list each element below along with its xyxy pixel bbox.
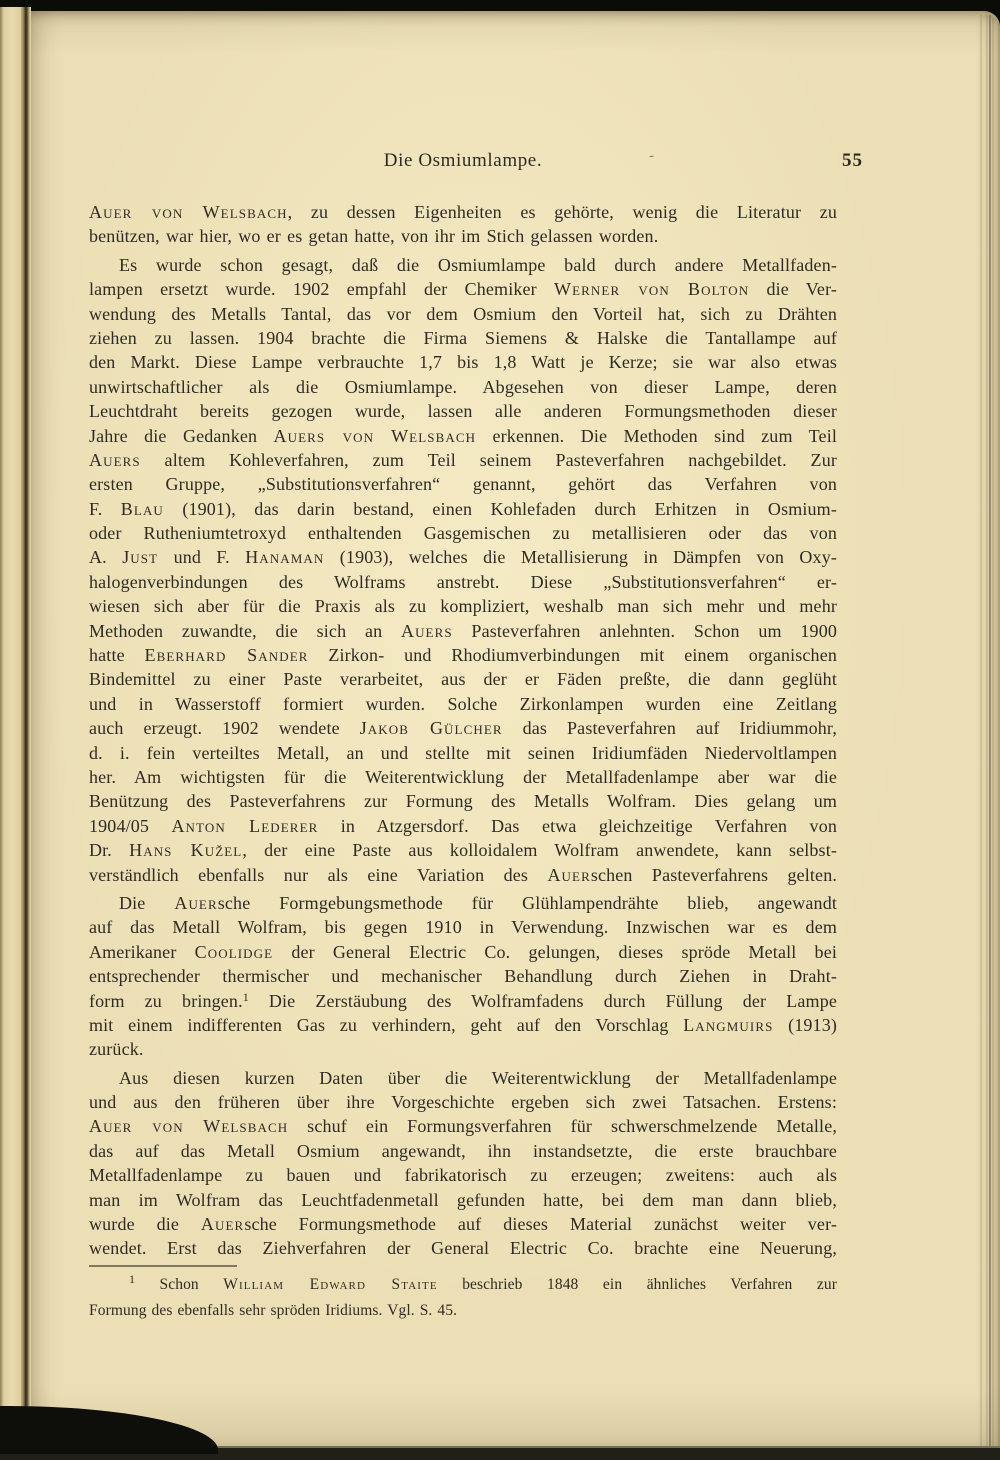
- text-run: Leuchtdraht bereits gezogen wurde, lasse…: [89, 401, 837, 421]
- person-name: Hans Kužel: [129, 840, 242, 860]
- text-line: F. Blau (1901), das darin bestand, einen…: [89, 497, 837, 521]
- text-run: schuf ein Formungsverfahren für schwersc…: [288, 1116, 837, 1136]
- person-name: Auers von Welsbach: [274, 426, 477, 446]
- text-run: A.: [89, 547, 122, 567]
- text-line: halogenverbindungen des Wolframs anstreb…: [89, 570, 837, 594]
- text-run: hatte: [89, 645, 145, 665]
- text-run: lampen ersetzt wurde. 1902 empfahl der C…: [89, 279, 554, 299]
- text-run: schen Pasteverfahrens gelten.: [591, 865, 837, 885]
- text-run: mit einem indifferenten Gas zu verhinder…: [89, 1015, 683, 1035]
- person-name: Auer von Welsbach: [89, 1116, 288, 1136]
- text-run: wendung des Metalls Tantal, das vor dem …: [89, 304, 837, 324]
- person-name: Jakob Gülcher: [360, 718, 503, 738]
- text-run: F.: [89, 499, 121, 519]
- text-line: lampen ersetzt wurde. 1902 empfahl der C…: [89, 277, 837, 301]
- text-line: das auf das Metall Osmium angewandt, ihn…: [89, 1139, 837, 1163]
- text-run: (1903), welches die Metallisierung in Dä…: [324, 547, 837, 567]
- text-run: und aus den früheren über ihre Vorgeschi…: [89, 1092, 837, 1112]
- text-line: man im Wolfram das Leuchtfadenmetall gef…: [89, 1188, 837, 1212]
- text-line: d. i. fein verteiltes Metall, an und ste…: [89, 741, 837, 765]
- text-run: beschrieb 1848 ein ähnliches Verfahren z…: [438, 1276, 837, 1293]
- page-title: Die Osmiumlampe.: [384, 150, 542, 171]
- person-name: Auer: [547, 865, 590, 885]
- text-run: Methoden zuwandte, die sich an: [89, 621, 401, 641]
- footnote: 1 Schon William Edward Staite beschrieb …: [89, 1272, 837, 1324]
- text-run: , der eine Paste aus kolloidalem Wolfram…: [242, 840, 837, 860]
- text-run: wiesen sich aber für die Praxis als zu k…: [89, 596, 837, 616]
- text-line: unwirtschaftlicher als die Osmiumlampe. …: [89, 375, 837, 399]
- text-run: her. Am wichtigsten für die Weiterentwic…: [89, 767, 837, 787]
- text-line: her. Am wichtigsten für die Weiterentwic…: [89, 765, 837, 789]
- text-line: Die Auersche Formgebungsmethode für Glüh…: [89, 891, 837, 915]
- person-name: Eberhard Sander: [145, 645, 309, 665]
- text-line: hatte Eberhard Sander Zirkon- und Rhodiu…: [89, 643, 837, 667]
- text-line: Bindemittel zu einer Paste verarbeitet, …: [89, 667, 837, 691]
- text-run: auf das Metall Wolfram, bis gegen 1910 i…: [89, 917, 837, 937]
- text-run: zurück.: [89, 1039, 144, 1059]
- text-run: die Ver-: [749, 279, 837, 299]
- text-line: den Markt. Diese Lampe verbrauchte 1,7 b…: [89, 350, 837, 374]
- person-name: Hanaman: [245, 547, 324, 567]
- text-line: Formung des ebenfalls sehr spröden Iridi…: [89, 1298, 837, 1324]
- text-line: Auer von Welsbach schuf ein Formungsverf…: [89, 1114, 837, 1138]
- text-run: altem Kohleverfahren, zum Teil seinem Pa…: [141, 450, 837, 470]
- text-run: (1913): [773, 1015, 837, 1035]
- text-run: Aus diesen kurzen Daten über die Weitere…: [119, 1068, 837, 1088]
- text-line: wiesen sich aber für die Praxis als zu k…: [89, 594, 837, 618]
- text-run: Schon: [135, 1276, 223, 1293]
- text-line: A. Just und F. Hanaman (1903), welches d…: [89, 545, 837, 569]
- text-run: Benützung des Pasteverfahrens zur Formun…: [89, 791, 837, 811]
- gutter-shadow: [21, 7, 31, 1446]
- text-run: wendet. Erst das Ziehverfahren der Gener…: [89, 1238, 837, 1258]
- text-line: Jahre die Gedanken Auers von Welsbach er…: [89, 424, 837, 448]
- text-line: ziehen zu lassen. 1904 brachte die Firma…: [89, 326, 837, 350]
- footnote-ref: 1: [243, 990, 249, 1004]
- text-run: in Atzgersdorf. Das etwa gleichzeitige V…: [318, 816, 837, 836]
- text-run: sche Formgebungsmethode für Glühlampendr…: [218, 893, 837, 913]
- body-text: Auer von Welsbach, zu dessen Eigenheiten…: [89, 200, 837, 1261]
- text-run: halogenverbindungen des Wolframs anstreb…: [89, 572, 837, 592]
- text-run: erkennen. Die Methoden sind zum Teil: [476, 426, 837, 446]
- text-run: das auf das Metall Osmium angewandt, ihn…: [89, 1141, 837, 1161]
- person-name: Auers: [401, 621, 453, 641]
- text-run: d. i. fein verteiltes Metall, an und ste…: [89, 743, 837, 763]
- text-run: unwirtschaftlicher als die Osmiumlampe. …: [89, 377, 837, 397]
- text-run: Metallfadenlampe zu bauen und fabrikator…: [89, 1165, 837, 1185]
- text-run: Es wurde schon gesagt, daß die Osmiumlam…: [119, 255, 837, 275]
- person-name: Just: [122, 547, 158, 567]
- text-run: Jahre die Gedanken: [89, 426, 274, 446]
- text-line: Es wurde schon gesagt, daß die Osmiumlam…: [89, 253, 837, 277]
- text-run: und in Wasserstoff formiert wurden. Solc…: [89, 694, 837, 714]
- text-line: Metallfadenlampe zu bauen und fabrikator…: [89, 1163, 837, 1187]
- footnote-rule: [89, 1265, 237, 1267]
- text-run: form zu bringen.: [89, 991, 243, 1011]
- text-line: mit einem indifferenten Gas zu verhinder…: [89, 1013, 837, 1037]
- running-header: Die Osmiumlampe. - 55: [89, 150, 837, 176]
- text-line: Dr. Hans Kužel, der eine Paste aus kollo…: [89, 838, 837, 862]
- text-run: man im Wolfram das Leuchtfadenmetall gef…: [89, 1190, 837, 1210]
- text-run: Die: [119, 893, 174, 913]
- book-scan: Die Osmiumlampe. - 55 Auer von Welsbach,…: [0, 0, 1000, 1460]
- person-name: Werner von Bolton: [554, 279, 749, 299]
- text-run: Die Zerstäubung des Wolframfadens durch …: [249, 991, 837, 1011]
- text-run: , zu dessen Eigenheiten es gehörte, weni…: [288, 202, 837, 222]
- text-line: benützen, war hier, wo er es getan hatte…: [89, 224, 837, 248]
- text-run: Dr.: [89, 840, 129, 860]
- text-run: entsprechender thermischer und mechanisc…: [89, 966, 837, 986]
- person-name: Langmuirs: [683, 1015, 773, 1035]
- person-name: Coolidge: [195, 942, 274, 962]
- text-run: wurde die: [89, 1214, 201, 1234]
- text-run: auch erzeugt. 1902 wendete: [89, 718, 360, 738]
- text-line: form zu bringen.1 Die Zerstäubung des Wo…: [89, 989, 837, 1013]
- text-run: ziehen zu lassen. 1904 brachte die Firma…: [89, 328, 837, 348]
- text-line: ersten Gruppe, „Substitutionsverfahren“ …: [89, 472, 837, 496]
- text-line: und aus den früheren über ihre Vorgeschi…: [89, 1090, 837, 1114]
- text-run: den Markt. Diese Lampe verbrauchte 1,7 b…: [89, 352, 837, 372]
- text-line: Methoden zuwandte, die sich an Auers Pas…: [89, 619, 837, 643]
- person-name: Anton Lederer: [171, 816, 318, 836]
- text-run: benützen, war hier, wo er es getan hatte…: [89, 226, 658, 246]
- page-stack-edge: [976, 15, 1000, 1446]
- text-run: Pasteverfahren anlehnten. Schon um 1900: [453, 621, 837, 641]
- page: Die Osmiumlampe. - 55 Auer von Welsbach,…: [31, 11, 1000, 1446]
- header-dash: -: [649, 148, 654, 165]
- text-run: oder Rutheniumtetroxyd enthaltenden Gasg…: [89, 523, 837, 543]
- text-line: 1904/05 Anton Lederer in Atzgersdorf. Da…: [89, 814, 837, 838]
- person-name: Auers: [89, 450, 141, 470]
- text-line: Auer von Welsbach, zu dessen Eigenheiten…: [89, 200, 837, 224]
- text-run: Zirkon- und Rhodiumverbindungen mit eine…: [309, 645, 837, 665]
- text-run: 1904/05: [89, 816, 171, 836]
- text-run: und F.: [158, 547, 245, 567]
- text-line: entsprechender thermischer und mechanisc…: [89, 964, 837, 988]
- text-line: wurde die Auersche Formungsmethode auf d…: [89, 1212, 837, 1236]
- text-line: verständlich ebenfalls nur als eine Vari…: [89, 863, 837, 887]
- person-name: Auer von Welsbach: [89, 202, 288, 222]
- text-line: zurück.: [89, 1037, 837, 1061]
- text-run: Amerikaner: [89, 942, 195, 962]
- paragraph: Auer von Welsbach, zu dessen Eigenheiten…: [89, 200, 837, 249]
- person-name: William Edward Staite: [223, 1276, 437, 1293]
- text-line: auch erzeugt. 1902 wendete Jakob Gülcher…: [89, 716, 837, 740]
- page-number: 55: [842, 150, 863, 172]
- person-name: Blau: [121, 499, 164, 519]
- footnote-ref: 1: [129, 1272, 135, 1286]
- text-line: Leuchtdraht bereits gezogen wurde, lasse…: [89, 399, 837, 423]
- text-line: wendung des Metalls Tantal, das vor dem …: [89, 302, 837, 326]
- text-run: das Pasteverfahren auf Iridiummohr,: [503, 718, 837, 738]
- text-line: Amerikaner Coolidge der General Electric…: [89, 940, 837, 964]
- text-run: der General Electric Co. gelungen, diese…: [273, 942, 837, 962]
- person-name: Auer: [201, 1214, 244, 1234]
- paragraph: Aus diesen kurzen Daten über die Weitere…: [89, 1066, 837, 1261]
- person-name: Auer: [174, 893, 217, 913]
- text-run: (1901), das darin bestand, einen Kohlefa…: [164, 499, 837, 519]
- text-line: und in Wasserstoff formiert wurden. Solc…: [89, 692, 837, 716]
- text-run: Formung des ebenfalls sehr spröden Iridi…: [89, 1302, 457, 1319]
- text-run: verständlich ebenfalls nur als eine Vari…: [89, 865, 547, 885]
- left-page-edge: [0, 7, 21, 1446]
- text-line: 1 Schon William Edward Staite beschrieb …: [89, 1272, 837, 1298]
- text-line: Aus diesen kurzen Daten über die Weitere…: [89, 1066, 837, 1090]
- text-line: Auers altem Kohleverfahren, zum Teil sei…: [89, 448, 837, 472]
- text-line: Benützung des Pasteverfahrens zur Formun…: [89, 789, 837, 813]
- paragraph: Es wurde schon gesagt, daß die Osmiumlam…: [89, 253, 837, 887]
- text-run: sche Formungsmethode auf dieses Material…: [244, 1214, 837, 1234]
- text-line: auf das Metall Wolfram, bis gegen 1910 i…: [89, 915, 837, 939]
- text-line: oder Rutheniumtetroxyd enthaltenden Gasg…: [89, 521, 837, 545]
- text-run: Bindemittel zu einer Paste verarbeitet, …: [89, 669, 837, 689]
- text-run: ersten Gruppe, „Substitutionsverfahren“ …: [89, 474, 837, 494]
- paragraph: Die Auersche Formgebungsmethode für Glüh…: [89, 891, 837, 1062]
- text-line: wendet. Erst das Ziehverfahren der Gener…: [89, 1236, 837, 1260]
